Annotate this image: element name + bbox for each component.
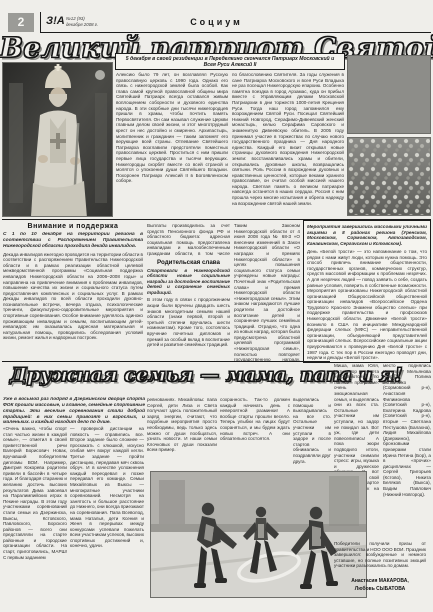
support-article-body: Декада инвалидов ежегодно проводится на … (3, 252, 143, 342)
support-article-column-3: Таким Законом Нижегородской области от 4… (234, 223, 300, 361)
white-cane-box: Мероприятия завершились массовыми уличны… (303, 220, 431, 363)
farewell-ceremony-photo (347, 55, 431, 134)
patriarch-photo (2, 62, 113, 217)
parental-glory-subheading: Родительская слава (147, 259, 230, 266)
family-column-2: — проверкой дистанции на ловкость — спра… (70, 426, 144, 592)
family-column-3: ревнованиях. Михайловы: папа Сергей, дет… (147, 397, 217, 468)
support-column2-top: Выплаты производились за счет средств Пе… (147, 223, 230, 257)
family-column-4: сохранность. Так-то должен каждый начина… (220, 397, 290, 468)
author-credit-line-2: Любовь СЫБАТОВА (334, 586, 426, 594)
white-cane-body: День «Белой трости» — это напоминание о … (307, 249, 427, 361)
family-column-1: «Очень важно, чтобы спорт стал частью жи… (3, 426, 67, 592)
section-rule-bottom (2, 361, 330, 362)
family-headline: Дружная семья — мама, папа и я! (10, 364, 332, 386)
support-article: Внимание и поддержка С 1 по 10 декабря н… (3, 223, 143, 361)
family-lead: Уже в восьмой раз подряд в Дзержинском д… (3, 397, 145, 423)
author-credit-line-1: Анастасия МАКАРОВА, (334, 578, 426, 586)
support-article-title: Внимание и поддержка (3, 223, 143, 230)
main-article-column-1: Алексию было 79 лет, он возглавлял Русск… (116, 72, 228, 216)
white-cane-lead: Мероприятия завершились массовыми уличны… (307, 224, 427, 247)
support-article-column-2: Выплаты производились за счет средств Пе… (147, 223, 230, 361)
support-article-lead: С 1 по 10 декабря на территории региона … (3, 232, 143, 250)
parental-glory-body: В этом году в связи с продолжением акции… (147, 297, 230, 347)
family-column-5: выделились помощью и выкладывались на вс… (293, 397, 331, 468)
parental-glory-lead: Стартовали в Нижегородской области новые… (147, 268, 230, 296)
family-closing-paragraph: Победители получили призы от правительст… (334, 541, 426, 575)
family-right-column-2: место поднялись Наталья Мельянова (Бор),… (383, 363, 431, 537)
patriarch-portrait-illustration (3, 63, 113, 217)
main-article-column-2: по благословению Святителя. За годы служ… (232, 72, 344, 216)
mourning-crowd-photo (347, 137, 431, 216)
section-title: Социум (0, 17, 433, 27)
main-subtitle-box: 5 декабря в своей резиденции в Переделки… (115, 53, 345, 70)
author-credit: Анастасия МАКАРОВА, Любовь СЫБАТОВА (334, 578, 426, 593)
